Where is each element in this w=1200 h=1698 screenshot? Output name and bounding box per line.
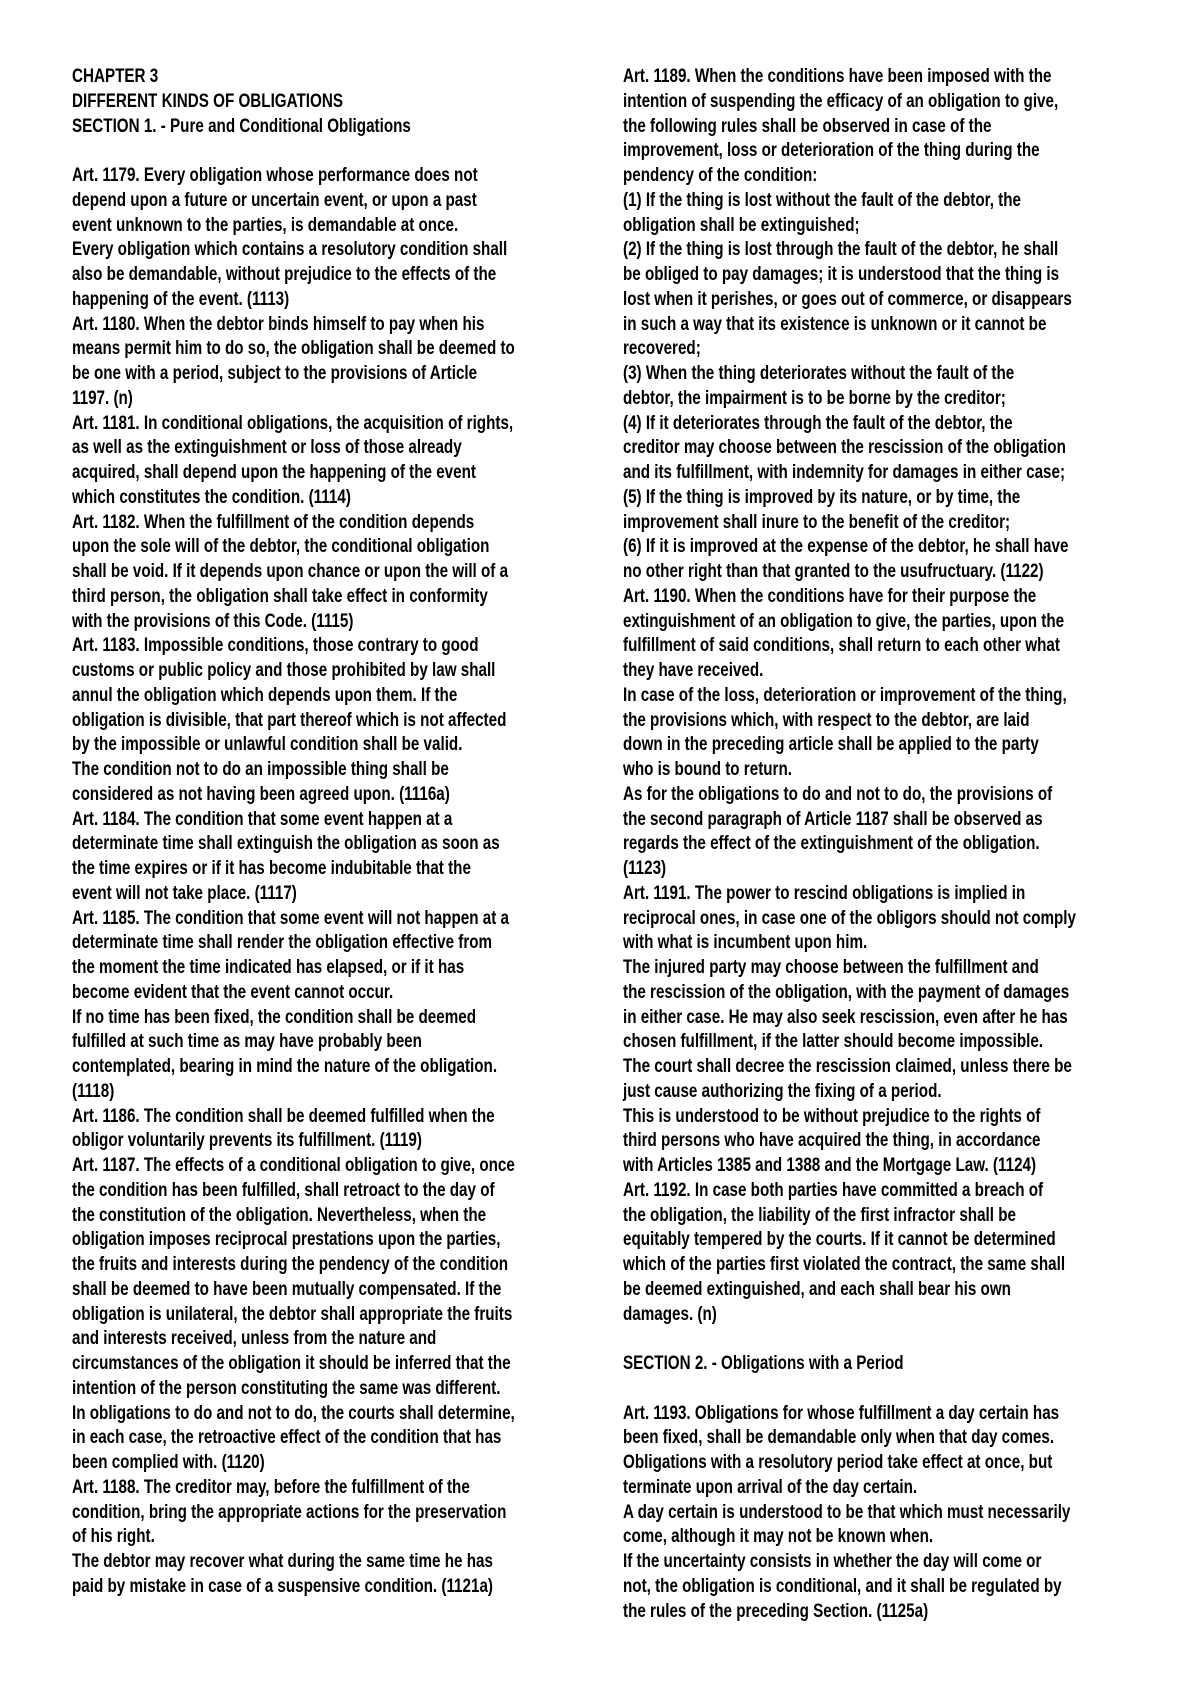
- text-line: who is bound to return.: [623, 757, 1076, 782]
- text-line: acquired, shall depend upon the happenin…: [72, 460, 515, 485]
- text-line: regards the effect of the extinguishment…: [623, 831, 1076, 856]
- text-line: Art. 1182. When the fulfillment of the c…: [72, 510, 515, 535]
- text-line: (2) If the thing is lost through the fau…: [623, 237, 1076, 262]
- text-line: DIFFERENT KINDS OF OBLIGATIONS: [72, 89, 515, 114]
- text-line: become evident that the event cannot occ…: [72, 980, 515, 1005]
- text-line: Art. 1193. Obligations for whose fulfill…: [623, 1401, 1076, 1426]
- text-line: the obligation, the liability of the fir…: [623, 1203, 1076, 1228]
- text-line: lost when it perishes, or goes out of co…: [623, 287, 1076, 312]
- text-line: damages. (n): [623, 1302, 1076, 1327]
- text-line: (1) If the thing is lost without the fau…: [623, 188, 1076, 213]
- text-line: by the impossible or unlawful condition …: [72, 732, 515, 757]
- text-line: Art. 1190. When the conditions have for …: [623, 584, 1076, 609]
- text-line: (6) If it is improved at the expense of …: [623, 534, 1076, 559]
- text-line: chosen fulfillment, if the latter should…: [623, 1029, 1076, 1054]
- text-line: circumstances of the obligation it shoul…: [72, 1351, 515, 1376]
- text-line: [623, 1376, 1076, 1401]
- text-line: been fixed, shall be demandable only whe…: [623, 1425, 1076, 1450]
- text-line: the rescission of the obligation, with t…: [623, 980, 1076, 1005]
- text-line: A day certain is understood to be that w…: [623, 1500, 1076, 1525]
- text-line: event unknown to the parties, is demanda…: [72, 213, 515, 238]
- text-line: Art. 1179. Every obligation whose perfor…: [72, 163, 515, 188]
- text-line: improvement, loss or deterioration of th…: [623, 138, 1076, 163]
- text-line: Art. 1180. When the debtor binds himself…: [72, 312, 515, 337]
- text-line: fulfilled at such time as may have proba…: [72, 1029, 515, 1054]
- text-line: obligation shall be extinguished;: [623, 213, 1076, 238]
- document-page: CHAPTER 3DIFFERENT KINDS OF OBLIGATIONSS…: [0, 0, 1200, 1698]
- text-line: SECTION 2. - Obligations with a Period: [623, 1351, 1076, 1376]
- text-line: The condition not to do an impossible th…: [72, 757, 515, 782]
- text-line: Art. 1188. The creditor may, before the …: [72, 1475, 515, 1500]
- text-line: and its fulfillment, with indemnity for …: [623, 460, 1076, 485]
- text-line: the condition has been fulfilled, shall …: [72, 1178, 515, 1203]
- text-line: upon the sole will of the debtor, the co…: [72, 534, 515, 559]
- text-line: Art. 1185. The condition that some event…: [72, 906, 515, 931]
- text-line: means permit him to do so, the obligatio…: [72, 336, 515, 361]
- text-line: The injured party may choose between the…: [623, 955, 1076, 980]
- text-line: pendency of the condition:: [623, 163, 1076, 188]
- text-line: Art. 1186. The condition shall be deemed…: [72, 1104, 515, 1129]
- text-line: just cause authorizing the fixing of a p…: [623, 1079, 1076, 1104]
- text-line: terminate upon arrival of the day certai…: [623, 1475, 1076, 1500]
- text-line: in either case. He may also seek resciss…: [623, 1005, 1076, 1030]
- text-line: third person, the obligation shall take …: [72, 584, 515, 609]
- right-text-column: Art. 1189. When the conditions have been…: [623, 64, 1076, 1623]
- text-line: obligation is divisible, that part there…: [72, 708, 515, 733]
- text-line: determinate time shall render the obliga…: [72, 930, 515, 955]
- text-line: obligation is unilateral, the debtor sha…: [72, 1302, 515, 1327]
- text-line: Art. 1187. The effects of a conditional …: [72, 1153, 515, 1178]
- text-line: paid by mistake in case of a suspensive …: [72, 1574, 515, 1599]
- text-line: as well as the extinguishment or loss of…: [72, 435, 515, 460]
- text-line: As for the obligations to do and not to …: [623, 782, 1076, 807]
- text-line: Art. 1191. The power to rescind obligati…: [623, 881, 1076, 906]
- text-line: [623, 1326, 1076, 1351]
- text-line: recovered;: [623, 336, 1076, 361]
- text-line: In obligations to do and not to do, the …: [72, 1401, 515, 1426]
- text-line: [72, 138, 515, 163]
- text-line: they have received.: [623, 658, 1076, 683]
- text-line: Art. 1189. When the conditions have been…: [623, 64, 1076, 89]
- text-line: Obligations with a resolutory period tak…: [623, 1450, 1076, 1475]
- text-line: which constitutes the condition. (1114): [72, 485, 515, 510]
- text-line: equitably tempered by the courts. If it …: [623, 1227, 1076, 1252]
- text-line: also be demandable, without prejudice to…: [72, 262, 515, 287]
- text-line: determinate time shall extinguish the ob…: [72, 831, 515, 856]
- text-line: If the uncertainty consists in whether t…: [623, 1549, 1076, 1574]
- text-line: intention of suspending the efficacy of …: [623, 89, 1076, 114]
- text-line: which of the parties first violated the …: [623, 1252, 1076, 1277]
- text-line: creditor may choose between the rescissi…: [623, 435, 1076, 460]
- text-line: customs or public policy and those prohi…: [72, 658, 515, 683]
- text-line: (1123): [623, 856, 1076, 881]
- text-line: the constitution of the obligation. Neve…: [72, 1203, 515, 1228]
- text-line: shall be void. If it depends upon chance…: [72, 559, 515, 584]
- text-line: The court shall decree the rescission cl…: [623, 1054, 1076, 1079]
- text-line: depend upon a future or uncertain event,…: [72, 188, 515, 213]
- text-line: (4) If it deteriorates through the fault…: [623, 411, 1076, 436]
- text-line: (5) If the thing is improved by its natu…: [623, 485, 1076, 510]
- text-line: considered as not having been agreed upo…: [72, 782, 515, 807]
- text-line: not, the obligation is conditional, and …: [623, 1574, 1076, 1599]
- left-text-column: CHAPTER 3DIFFERENT KINDS OF OBLIGATIONSS…: [72, 64, 515, 1599]
- text-line: be deemed extinguished, and each shall b…: [623, 1277, 1076, 1302]
- text-line: third persons who have acquired the thin…: [623, 1128, 1076, 1153]
- text-line: the provisions which, with respect to th…: [623, 708, 1076, 733]
- text-line: (3) When the thing deteriorates without …: [623, 361, 1076, 386]
- text-line: If no time has been fixed, the condition…: [72, 1005, 515, 1030]
- text-line: in such a way that its existence is unkn…: [623, 312, 1076, 337]
- text-line: extinguishment of an obligation to give,…: [623, 609, 1076, 634]
- text-line: (1118): [72, 1079, 515, 1104]
- text-line: the rules of the preceding Section. (112…: [623, 1599, 1076, 1624]
- text-line: The debtor may recover what during the s…: [72, 1549, 515, 1574]
- text-line: in each case, the retroactive effect of …: [72, 1425, 515, 1450]
- text-line: happening of the event. (1113): [72, 287, 515, 312]
- text-line: obligation imposes reciprocal prestation…: [72, 1227, 515, 1252]
- text-line: In case of the loss, deterioration or im…: [623, 683, 1076, 708]
- text-line: the following rules shall be observed in…: [623, 114, 1076, 139]
- text-line: event will not take place. (1117): [72, 881, 515, 906]
- text-line: be obliged to pay damages; it is underst…: [623, 262, 1076, 287]
- text-line: Art. 1181. In conditional obligations, t…: [72, 411, 515, 436]
- text-line: of his right.: [72, 1524, 515, 1549]
- text-line: obligor voluntarily prevents its fulfill…: [72, 1128, 515, 1153]
- text-line: be one with a period, subject to the pro…: [72, 361, 515, 386]
- text-line: with what is incumbent upon him.: [623, 930, 1076, 955]
- text-line: down in the preceding article shall be a…: [623, 732, 1076, 757]
- text-line: the moment the time indicated has elapse…: [72, 955, 515, 980]
- text-line: intention of the person constituting the…: [72, 1376, 515, 1401]
- text-line: with Articles 1385 and 1388 and the Mort…: [623, 1153, 1076, 1178]
- text-line: Every obligation which contains a resolu…: [72, 237, 515, 262]
- text-line: reciprocal ones, in case one of the obli…: [623, 906, 1076, 931]
- text-line: come, although it may not be known when.: [623, 1524, 1076, 1549]
- text-line: This is understood to be without prejudi…: [623, 1104, 1076, 1129]
- text-line: 1197. (n): [72, 386, 515, 411]
- text-line: shall be deemed to have been mutually co…: [72, 1277, 515, 1302]
- text-line: and interests received, unless from the …: [72, 1326, 515, 1351]
- text-line: with the provisions of this Code. (1115): [72, 609, 515, 634]
- text-line: debtor, the impairment is to be borne by…: [623, 386, 1076, 411]
- text-line: annul the obligation which depends upon …: [72, 683, 515, 708]
- text-line: Art. 1192. In case both parties have com…: [623, 1178, 1076, 1203]
- text-line: the time expires or if it has become ind…: [72, 856, 515, 881]
- text-line: been complied with. (1120): [72, 1450, 515, 1475]
- text-line: the second paragraph of Article 1187 sha…: [623, 807, 1076, 832]
- text-line: the fruits and interests during the pend…: [72, 1252, 515, 1277]
- text-line: SECTION 1. - Pure and Conditional Obliga…: [72, 114, 515, 139]
- text-line: Art. 1184. The condition that some event…: [72, 807, 515, 832]
- text-line: condition, bring the appropriate actions…: [72, 1500, 515, 1525]
- text-line: CHAPTER 3: [72, 64, 515, 89]
- text-line: no other right than that granted to the …: [623, 559, 1076, 584]
- text-line: Art. 1183. Impossible conditions, those …: [72, 633, 515, 658]
- text-line: improvement shall inure to the benefit o…: [623, 510, 1076, 535]
- text-line: fulfillment of said conditions, shall re…: [623, 633, 1076, 658]
- text-line: contemplated, bearing in mind the nature…: [72, 1054, 515, 1079]
